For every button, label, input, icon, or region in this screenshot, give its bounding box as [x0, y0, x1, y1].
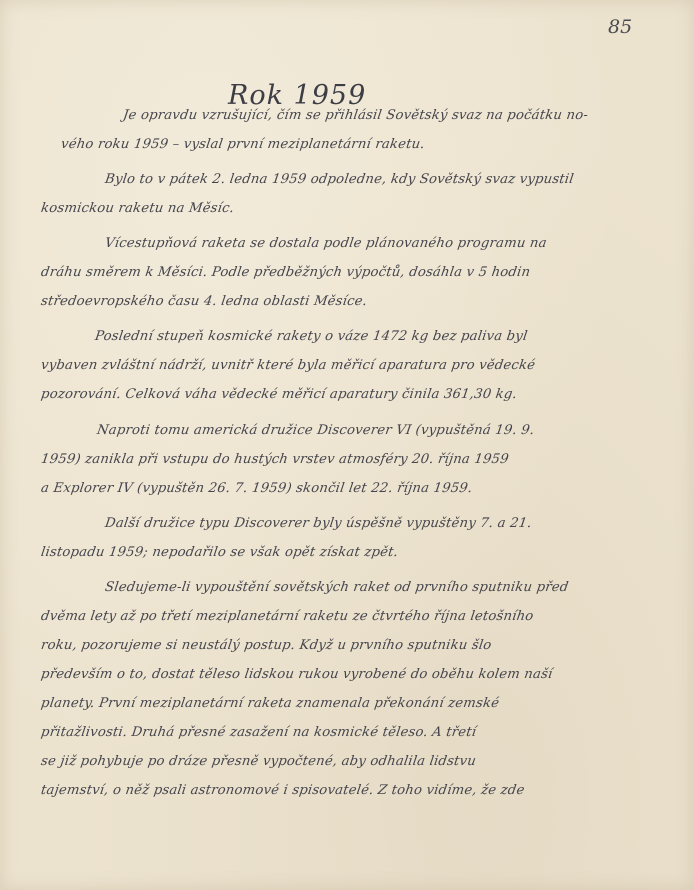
text-line: planety. První meziplanetární raketa zna…	[40, 696, 500, 711]
text-line: a Explorer IV (vypuštěn 26. 7. 1959) sko…	[40, 481, 473, 496]
text-line: tajemství, o něž psali astronomové i spi…	[40, 783, 525, 798]
page-title: Rok 1959	[228, 80, 366, 111]
text-line: přitažlivosti. Druhá přesné zasažení na …	[40, 725, 477, 740]
text-line: kosmickou raketu na Měsíc.	[40, 201, 235, 216]
text-line: středoevropského času 4. ledna oblasti M…	[40, 294, 368, 309]
text-line: Bylo to v pátek 2. ledna 1959 odpoledne,…	[104, 172, 575, 187]
text-line: především o to, dostat těleso lidskou ru…	[40, 667, 554, 682]
text-line: listopadu 1959; nepodařilo se však opět …	[40, 545, 399, 560]
text-line: 1959) zanikla při vstupu do hustých vrst…	[40, 452, 510, 467]
text-line: se již pohybuje po dráze přesně vypočten…	[40, 754, 477, 769]
text-line: Naproti tomu americká družice Discoverer…	[96, 423, 535, 438]
text-line: roku, pozorujeme si neustálý postup. Kdy…	[40, 638, 492, 653]
page-number: 85	[608, 16, 632, 38]
text-line: Sledujeme-li vypouštění sovětských raket…	[104, 580, 569, 595]
text-line: pozorování. Celková váha vědecké měřicí …	[40, 387, 518, 402]
text-line: Další družice typu Discoverer byly úspěš…	[104, 516, 533, 531]
text-line: vého roku 1959 – vyslal první meziplanet…	[60, 137, 426, 152]
text-line: dvěma lety až po třetí meziplanetární ra…	[40, 609, 534, 624]
text-line: Poslední stupeň kosmické rakety o váze 1…	[94, 329, 528, 344]
text-line: dráhu směrem k Měsíci. Podle předběžných…	[40, 265, 531, 280]
text-line: Vícestupňová raketa se dostala podle plá…	[104, 236, 548, 251]
text-line: vybaven zvláštní nádrží, uvnitř které by…	[40, 358, 536, 373]
text-line: Je opravdu vzrušující, čím se přihlásil …	[122, 108, 589, 123]
manuscript-page: 85 Rok 1959 Je opravdu vzrušující, čím s…	[0, 0, 694, 890]
